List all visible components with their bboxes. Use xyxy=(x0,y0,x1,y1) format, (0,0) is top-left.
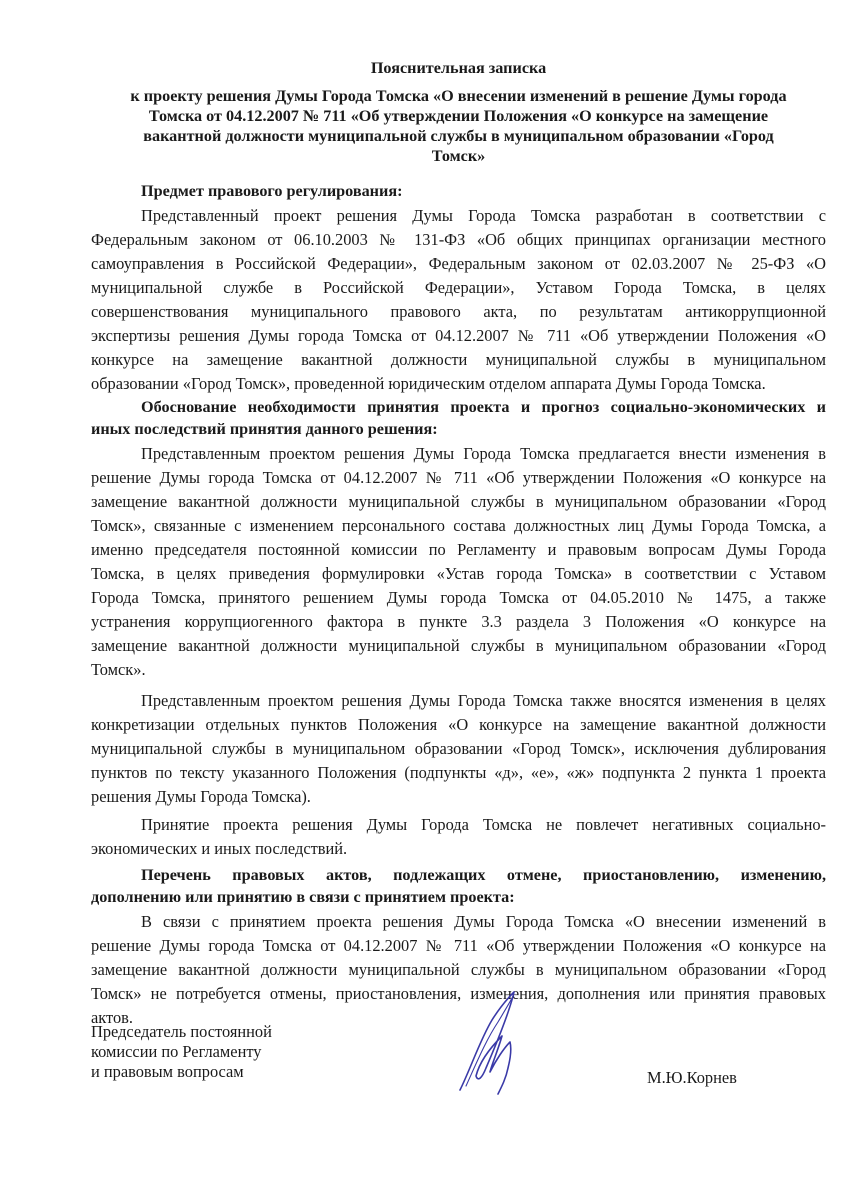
section-heading-legal-acts: дополнению или принятию в связи с принят… xyxy=(91,887,515,907)
paragraph-line: Города Томска, принятого решением Думы г… xyxy=(91,588,826,608)
paragraph-line: именно председателя постоянной комиссии … xyxy=(91,540,826,560)
paragraph-line: муниципальной службы в муниципальном обр… xyxy=(91,739,826,759)
paragraph-line: замещение вакантной должности муниципаль… xyxy=(91,960,826,980)
document-title: Пояснительная записка xyxy=(91,58,826,78)
paragraph-line: Томска, в целях приведения формулировки … xyxy=(91,564,826,584)
paragraph-line: Федеральным законом от 06.10.2003 № 131-… xyxy=(91,230,826,250)
paragraph-line: решение Думы города Томска от 04.12.2007… xyxy=(91,468,826,488)
paragraph-line: Представленным проектом решения Думы Гор… xyxy=(141,691,826,711)
signatory-position-line: Председатель постоянной xyxy=(91,1022,272,1042)
paragraph-line: Принятие проекта решения Думы Города Том… xyxy=(141,815,826,835)
paragraph-line: Представленный проект решения Думы Город… xyxy=(141,206,826,226)
handwritten-signature-icon xyxy=(452,990,542,1100)
document-subtitle-line: Томска от 04.12.2007 № 711 «Об утвержден… xyxy=(91,106,826,126)
paragraph-line: Томск». xyxy=(91,660,146,680)
paragraph-line: решение Думы города Томска от 04.12.2007… xyxy=(91,936,826,956)
paragraph-line: В связи с принятием проекта решения Думы… xyxy=(141,912,826,932)
document-page: Пояснительная записка к проекту решения … xyxy=(0,0,850,1202)
paragraph-line: устранения коррупциогенного фактора в пу… xyxy=(91,612,826,632)
paragraph-line: замещение вакантной должности муниципаль… xyxy=(91,636,826,656)
paragraph-line: самоуправления в Российской Федерации», … xyxy=(91,254,826,274)
section-heading-justification: иных последствий принятия данного решени… xyxy=(91,419,438,439)
paragraph-line: муниципальной службе в Российской Федера… xyxy=(91,278,826,298)
paragraph-line: конкурсе на замещение вакантной должност… xyxy=(91,350,826,370)
paragraph-line: решения Думы Города Томска). xyxy=(91,787,311,807)
section-heading-justification: Обоснование необходимости принятия проек… xyxy=(141,397,826,417)
document-subtitle-line: Томск» xyxy=(91,146,826,166)
paragraph-line: пунктов по тексту указанного Положения (… xyxy=(91,763,826,783)
document-subtitle-line: к проекту решения Думы Города Томска «О … xyxy=(91,86,826,106)
paragraph-line: Представленным проектом решения Думы Гор… xyxy=(141,444,826,464)
document-subtitle-line: вакантной должности муниципальной службы… xyxy=(91,126,826,146)
signatory-position-line: комиссии по Регламенту xyxy=(91,1042,262,1062)
paragraph-line: замещение вакантной должности муниципаль… xyxy=(91,492,826,512)
signatory-position-line: и правовым вопросам xyxy=(91,1062,244,1082)
paragraph-line: экспертизы решения Думы города Томска от… xyxy=(91,326,826,346)
paragraph-line: Томск», связанные с изменением персональ… xyxy=(91,516,826,536)
paragraph-line: образовании «Город Томск», проведенной ю… xyxy=(91,374,766,394)
paragraph-line: совершенствования муниципального правово… xyxy=(91,302,826,322)
section-heading-legal-acts: Перечень правовых актов, подлежащих отме… xyxy=(141,865,826,885)
section-heading-legal-regulation: Предмет правового регулирования: xyxy=(141,181,403,201)
paragraph-line: экономических и иных последствий. xyxy=(91,839,347,859)
paragraph-line: конкретизации отдельных пунктов Положени… xyxy=(91,715,826,735)
signatory-name: М.Ю.Корнев xyxy=(647,1068,737,1088)
